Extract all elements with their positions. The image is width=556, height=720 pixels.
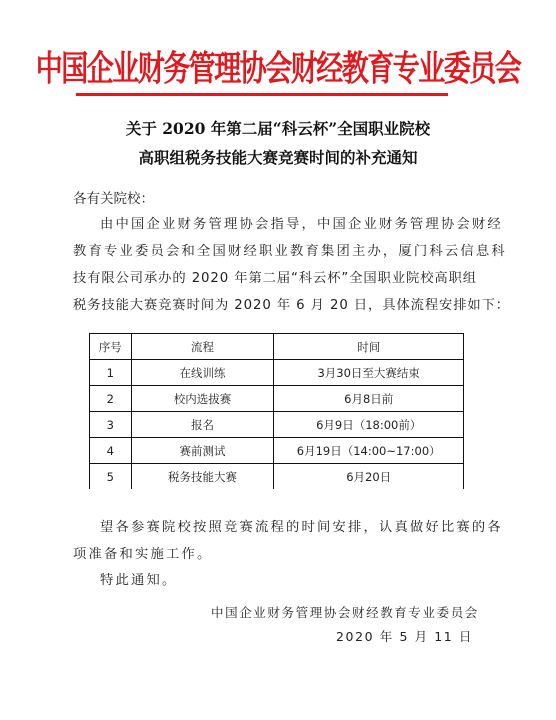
signature-date: 2020 年 5 月 11 日 xyxy=(336,627,473,645)
header-process: 流程 xyxy=(131,334,274,360)
notice-title-line-2: 高职组税务技能大赛竞赛时间的补充通知 xyxy=(0,146,556,168)
header-time: 时间 xyxy=(274,334,464,360)
cell-time: 6月19日（14:00~17:00） xyxy=(274,438,464,464)
cell-time: 6月20日 xyxy=(274,464,464,490)
intro-line: 税务技能大赛竞赛时间为 2020 年 6 月 20 日，具体流程安排如下： xyxy=(73,294,510,313)
table-row: 1 在线训练 3月30日至大赛结束 xyxy=(90,360,464,386)
cell-process: 报名 xyxy=(131,412,274,438)
closing-line: 项准备和实施工作。 xyxy=(73,543,212,562)
letterhead-organization: 中国企业财务管理协会财经教育专业委员会 xyxy=(0,40,556,91)
cell-process: 税务技能大赛 xyxy=(131,464,274,490)
cell-process: 在线训练 xyxy=(131,360,274,386)
table-row: 4 赛前测试 6月19日（14:00~17:00） xyxy=(90,438,464,464)
header-no: 序号 xyxy=(90,334,132,360)
cell-no: 1 xyxy=(90,360,132,386)
table-row: 2 校内选拔赛 6月8日前 xyxy=(90,386,464,412)
cell-no: 3 xyxy=(90,412,132,438)
notice-title-line-1: 关于 2020 年第二届“科云杯”全国职业院校 xyxy=(0,117,556,139)
table-header-row: 序号 流程 时间 xyxy=(90,334,464,360)
letterhead-red-rule xyxy=(76,93,448,96)
intro-line: 技有限公司承办的 2020 年第二届“科云杯”全国职业院校高职组 xyxy=(73,267,477,286)
salutation: 各有关院校： xyxy=(73,187,154,207)
table-row: 3 报名 6月9日（18:00前） xyxy=(90,412,464,438)
cell-no: 5 xyxy=(90,464,132,490)
cell-process: 校内选拔赛 xyxy=(131,386,274,412)
schedule-table: 序号 流程 时间 1 在线训练 3月30日至大赛结束 2 校内选拔赛 6月8日前… xyxy=(89,333,464,489)
cell-process: 赛前测试 xyxy=(131,438,274,464)
cell-time: 3月30日至大赛结束 xyxy=(274,360,464,386)
closing-line: 望各参赛院校按照竞赛流程的时间安排，认真做好比赛的各 xyxy=(100,516,503,535)
closing-note: 特此通知。 xyxy=(100,569,177,588)
cell-no: 2 xyxy=(90,386,132,412)
cell-time: 6月8日前 xyxy=(274,386,464,412)
cell-time: 6月9日（18:00前） xyxy=(274,412,464,438)
cell-no: 4 xyxy=(90,438,132,464)
table-row: 5 税务技能大赛 6月20日 xyxy=(90,464,464,490)
signature-organization: 中国企业财务管理协会财经教育专业委员会 xyxy=(211,603,479,621)
intro-line: 由中国企业财务管理协会指导，中国企业财务管理协会财经 xyxy=(100,213,503,232)
intro-line: 教育专业委员会和全国财经职业教育集团主办，厦门科云信息科 xyxy=(73,240,507,259)
